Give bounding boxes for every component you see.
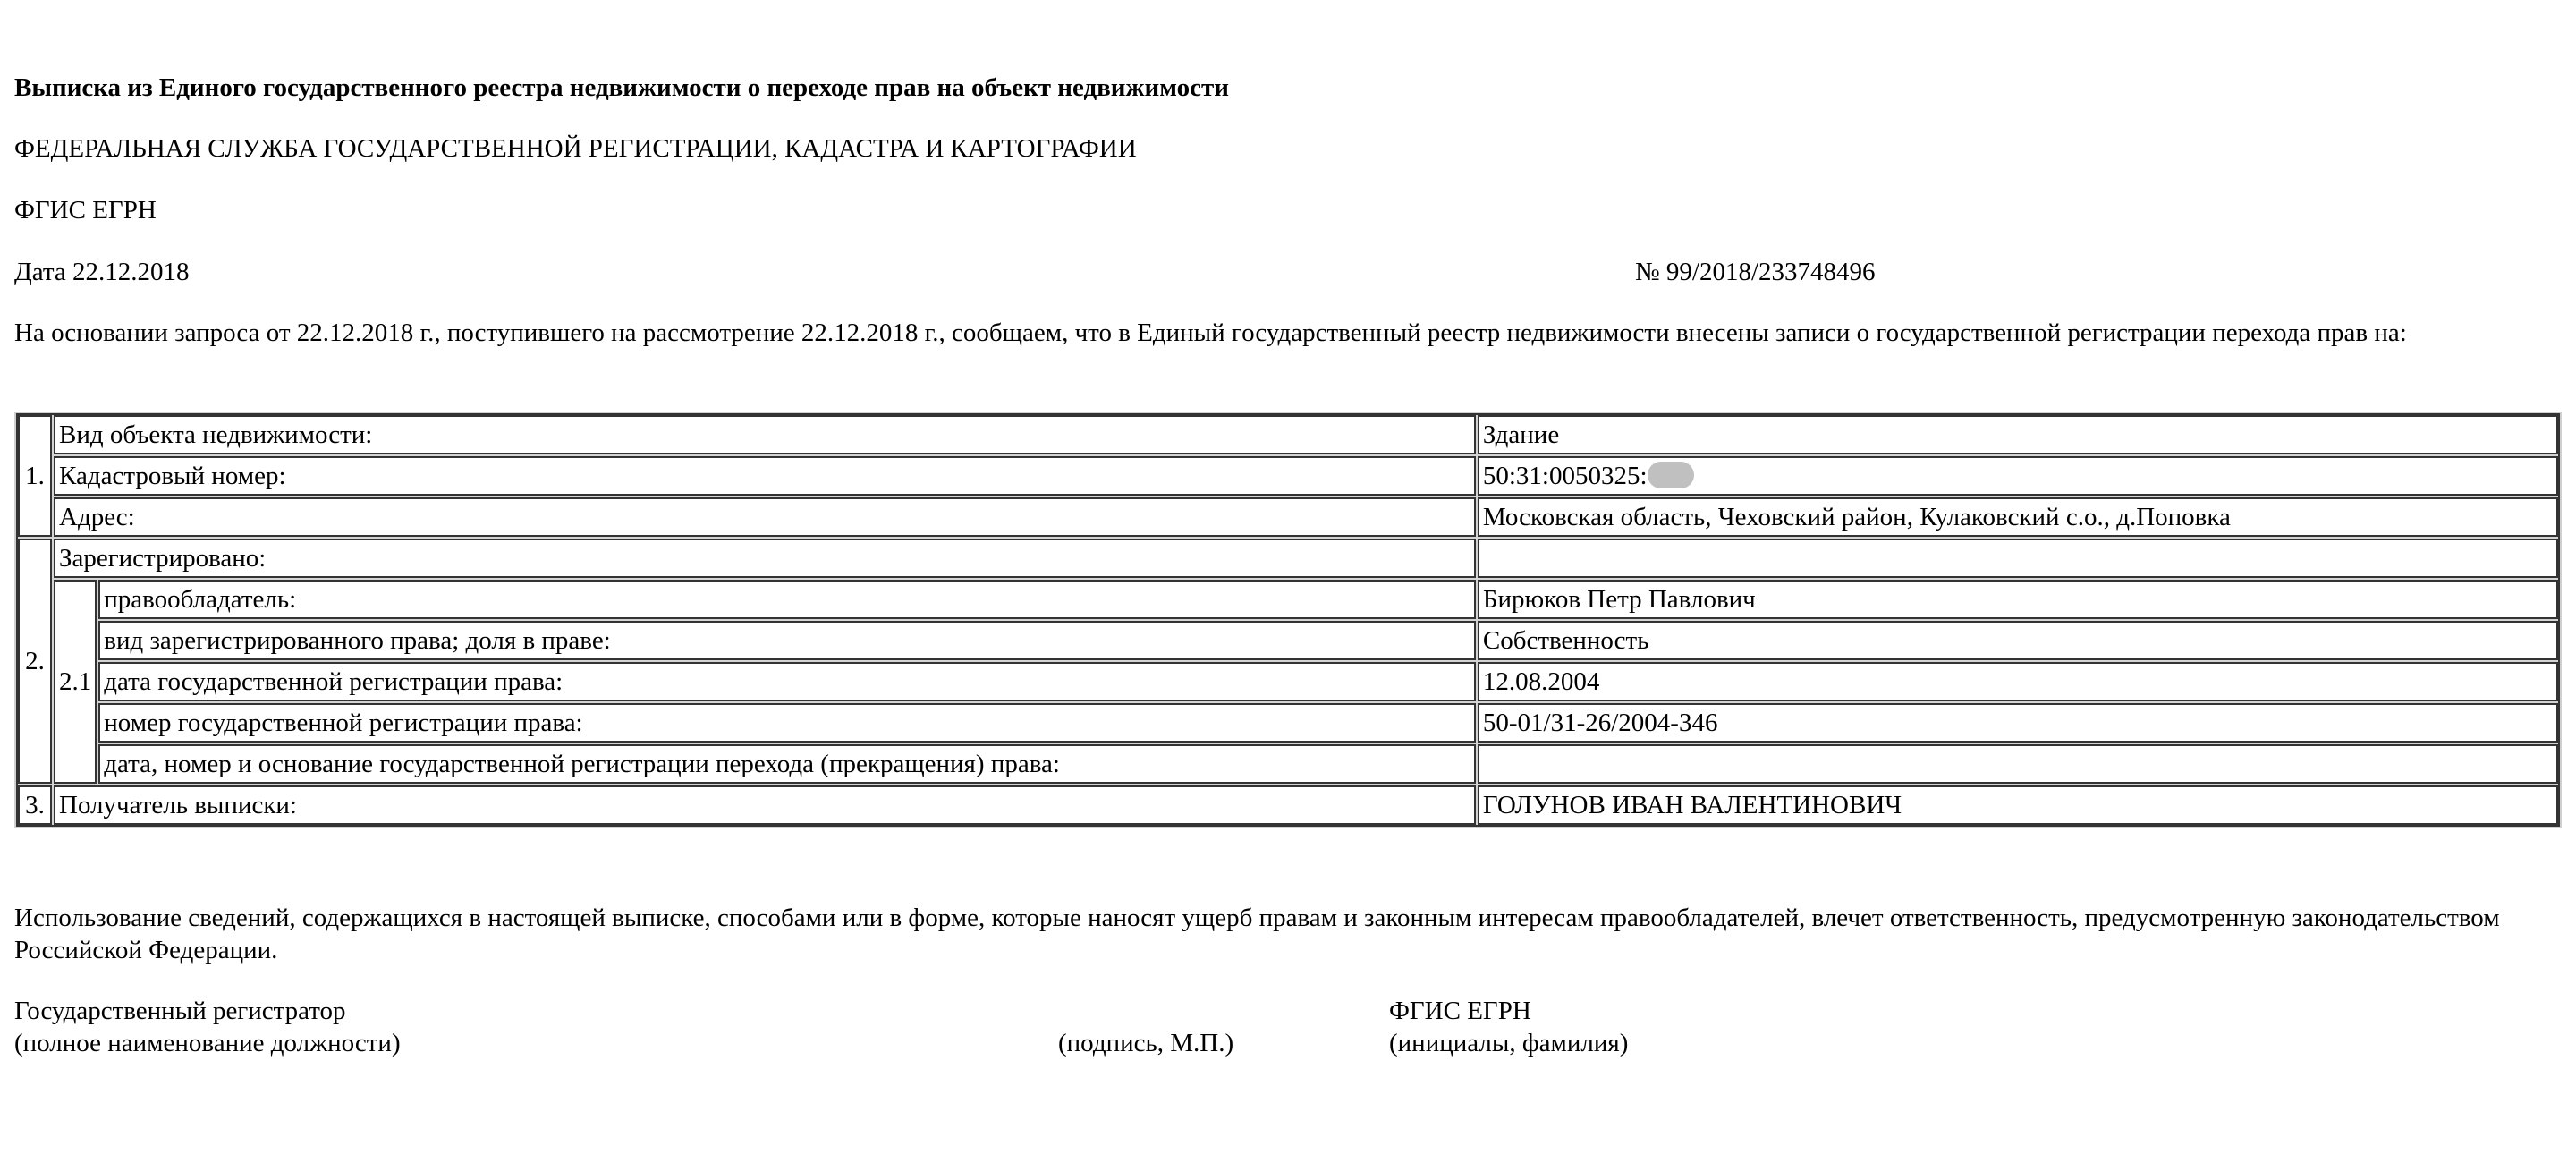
table-row: 2. Зарегистрировано:	[18, 539, 2558, 578]
row-value	[1478, 539, 2558, 578]
row-label: Зарегистрировано:	[54, 539, 1476, 578]
subsection-number: 2.1	[54, 580, 97, 784]
document-date: Дата 22.12.2018	[14, 258, 190, 287]
extract-table: 1. Вид объекта недвижимости: Здание Када…	[14, 412, 2562, 828]
table-row: 3. Получатель выписки: ГОЛУНОВ ИВАН ВАЛЕ…	[18, 785, 2558, 825]
table-row: 1. Вид объекта недвижимости: Здание	[18, 415, 2558, 454]
row-label: Получатель выписки:	[54, 785, 1476, 825]
row-value: Бирюков Петр Павлович	[1478, 580, 2558, 619]
row-value	[1478, 744, 2558, 784]
row-value: Собственность	[1478, 621, 2558, 660]
row-value: Здание	[1478, 415, 2558, 454]
liability-notice: Использование сведений, содержащихся в н…	[14, 902, 2559, 966]
signature-caption: (подпись, М.П.)	[1058, 1027, 1233, 1059]
redaction-mark	[1648, 462, 1694, 488]
row-label: номер государственной регистрации права:	[98, 703, 1476, 743]
table-row: номер государственной регистрации права:…	[18, 703, 2558, 743]
cadastral-number-cell: 50:31:0050325:	[1478, 456, 2558, 496]
registrar-block: Государственный регистратор (полное наим…	[14, 995, 401, 1059]
name-caption: (инициалы, фамилия)	[1389, 1027, 1628, 1059]
section-number: 1.	[18, 415, 52, 537]
row-label: Адрес:	[54, 497, 1476, 537]
cadastral-number: 50:31:0050325:	[1483, 462, 1648, 490]
table-row: Кадастровый номер: 50:31:0050325:	[18, 456, 2558, 496]
row-label: правообладатель:	[98, 580, 1476, 619]
registrar-name-block: ФГИС ЕГРН (инициалы, фамилия)	[1389, 995, 1628, 1059]
document-number: № 99/2018/233748496	[1635, 258, 1876, 287]
row-value: 50-01/31-26/2004-346	[1478, 703, 2558, 743]
row-label: дата государственной регистрации права:	[98, 662, 1476, 701]
table-row: дата, номер и основание государственной …	[18, 744, 2558, 784]
system-name: ФГИС ЕГРН	[14, 196, 157, 225]
table-row: дата государственной регистрации права: …	[18, 662, 2558, 701]
table-row: 2.1 правообладатель: Бирюков Петр Павлов…	[18, 580, 2558, 619]
row-value: Московская область, Чеховский район, Кул…	[1478, 497, 2558, 537]
row-value: 12.08.2004	[1478, 662, 2558, 701]
intro-paragraph: На основании запроса от 22.12.2018 г., п…	[14, 318, 2559, 349]
table-row: вид зарегистрированного права; доля в пр…	[18, 621, 2558, 660]
row-value: ГОЛУНОВ ИВАН ВАЛЕНТИНОВИЧ	[1478, 785, 2558, 825]
section-number: 2.	[18, 539, 52, 784]
table-row: Адрес: Московская область, Чеховский рай…	[18, 497, 2558, 537]
agency-name: ФЕДЕРАЛЬНАЯ СЛУЖБА ГОСУДАРСТВЕННОЙ РЕГИС…	[14, 134, 1137, 164]
row-label: вид зарегистрированного права; доля в пр…	[98, 621, 1476, 660]
registrar-name: ФГИС ЕГРН	[1389, 995, 1628, 1027]
registrar-caption: (полное наименование должности)	[14, 1027, 401, 1059]
registrar-title: Государственный регистратор	[14, 995, 401, 1027]
row-label: Кадастровый номер:	[54, 456, 1476, 496]
document-title: Выписка из Единого государственного реес…	[14, 73, 1229, 103]
section-number: 3.	[18, 785, 52, 825]
row-label: дата, номер и основание государственной …	[98, 744, 1476, 784]
row-label: Вид объекта недвижимости:	[54, 415, 1476, 454]
